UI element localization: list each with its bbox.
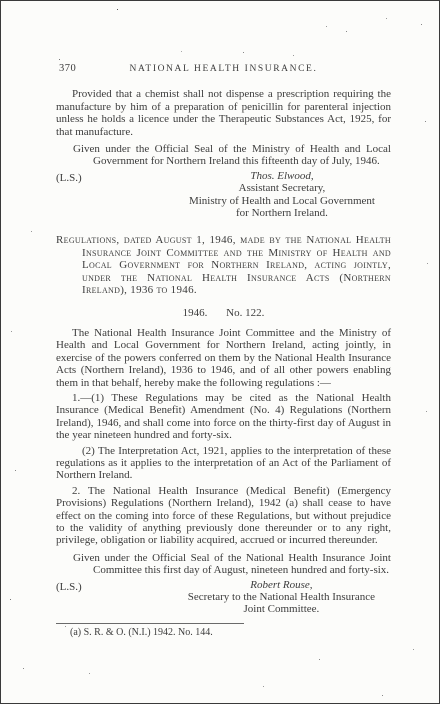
- scanned-document-page: 370 NATIONAL HEALTH INSURANCE. Provided …: [0, 0, 440, 704]
- regulations-heading: Regulations, dated August 1, 1946, made …: [82, 234, 391, 296]
- scan-noise-speckles: [1, 1, 2, 2]
- page-number: 370: [59, 63, 76, 75]
- footnote-separator-rule: [56, 623, 244, 624]
- regulation-1-2: (2) The Interpretation Act, 1921, applie…: [56, 445, 391, 482]
- docket-year: 1946.: [183, 307, 208, 319]
- signature-title-line: Joint Committee.: [188, 603, 375, 615]
- regulation-2: 2. The National Health Insurance (Medica…: [56, 485, 391, 547]
- running-title: NATIONAL HEALTH INSURANCE.: [130, 64, 318, 74]
- preamble-paragraph: The National Health Insurance Joint Comm…: [56, 327, 391, 389]
- seal-statement-ministry: Given under the Official Seal of the Min…: [93, 143, 391, 168]
- signature-title-line: Assistant Secretary,: [189, 182, 375, 194]
- signature-title-line: for Northern Ireland.: [189, 207, 375, 219]
- locus-sigilli-1: (L.S.): [56, 172, 82, 184]
- signature-title-line: Ministry of Health and Local Government: [189, 195, 375, 207]
- seal-statement-joint-committee: Given under the Official Seal of the Nat…: [93, 552, 391, 577]
- docket-line: 1946. No. 122.: [56, 307, 391, 319]
- signature-name-rouse: Robert Rouse,: [188, 579, 375, 591]
- signature-block-joint-committee: (L.S.) Robert Rouse, Secretary to the Na…: [56, 579, 391, 616]
- proviso-paragraph: Provided that a chemist shall not dispen…: [56, 88, 391, 138]
- signature-lines-joint-committee: Robert Rouse, Secretary to the National …: [188, 579, 375, 616]
- signature-name-elwood: Thos. Elwood,: [189, 170, 375, 182]
- running-header: 370 NATIONAL HEALTH INSURANCE.: [56, 63, 391, 75]
- footnote-citation: (a) S. R. & O. (N.I.) 1942. No. 144.: [56, 627, 391, 639]
- locus-sigilli-2: (L.S.): [56, 581, 82, 593]
- regulation-1-1: 1.—(1) These Regulations may be cited as…: [56, 392, 391, 442]
- signature-lines-ministry: Thos. Elwood, Assistant Secretary, Minis…: [189, 170, 375, 220]
- signature-block-ministry: (L.S.) Thos. Elwood, Assistant Secretary…: [56, 170, 391, 220]
- docket-number: No. 122.: [226, 307, 264, 319]
- signature-title-line: Secretary to the National Health Insuran…: [188, 591, 375, 603]
